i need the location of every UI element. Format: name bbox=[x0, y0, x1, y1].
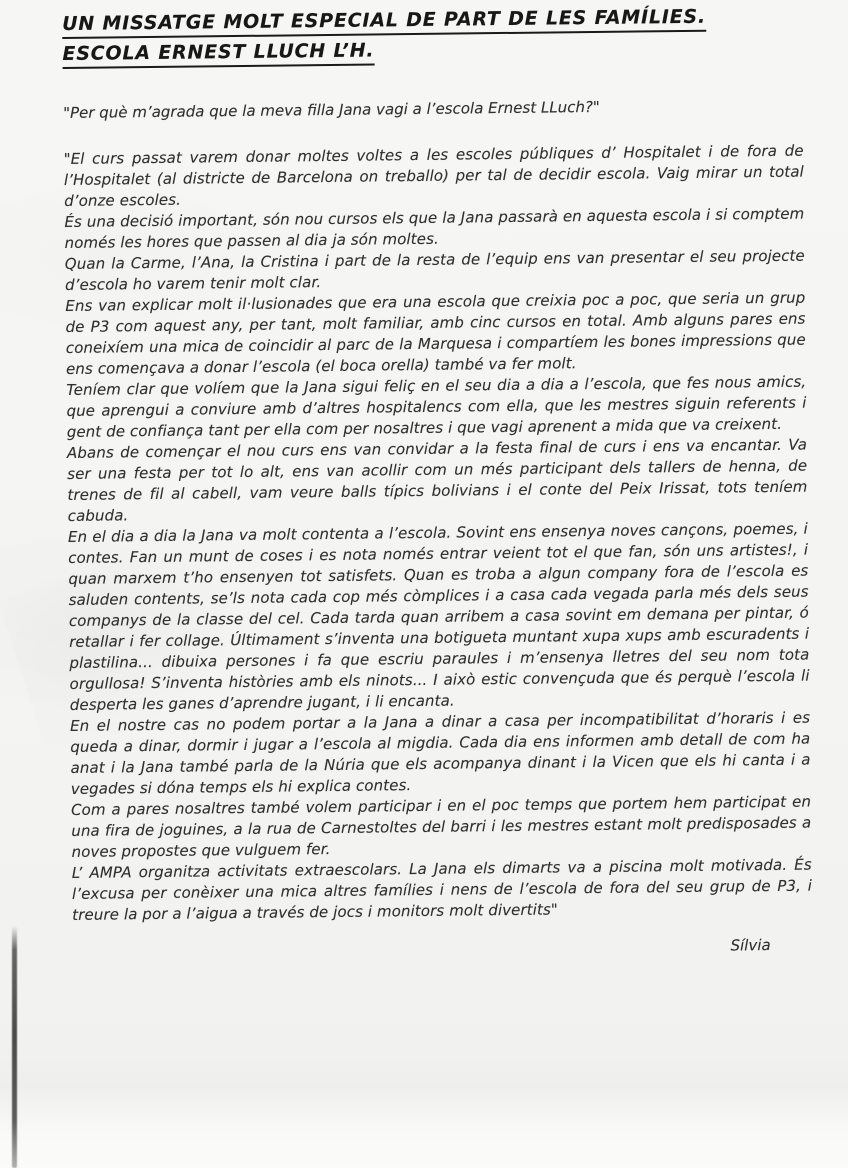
body-paragraph: Abans de començar el nou curs ens van co… bbox=[67, 435, 808, 527]
body-paragraph: Ens van explicar molt il·lusionades que … bbox=[65, 288, 806, 380]
scan-edge-line bbox=[12, 926, 17, 1168]
title-line-2: ESCOLA ERNEST LLUCH L’H. bbox=[62, 38, 374, 69]
body-paragraph: Teníem clar que volíem que la Jana sigui… bbox=[66, 372, 807, 443]
body-paragraph: En el dia a dia la Jana va molt contenta… bbox=[68, 519, 810, 716]
letter-content: UN MISSATGE MOLT ESPECIAL DE PART DE LES… bbox=[62, 4, 813, 962]
letter-body: "El curs passat varem donar moltes volte… bbox=[64, 141, 813, 926]
signature: Sílvia bbox=[73, 936, 813, 962]
scanned-letter-page: UN MISSATGE MOLT ESPECIAL DE PART DE LES… bbox=[0, 0, 848, 1168]
question-line: "Per què m’agrada que la meva filla Jana… bbox=[63, 95, 803, 124]
body-paragraph: "El curs passat varem donar moltes volte… bbox=[64, 141, 805, 212]
body-paragraph: En el nostre cas no podem portar a la Ja… bbox=[70, 708, 811, 800]
letter-title: UN MISSATGE MOLT ESPECIAL DE PART DE LES… bbox=[62, 4, 803, 72]
body-paragraph: Com a pares nosaltres també volem partic… bbox=[71, 792, 812, 863]
body-paragraph: L’ AMPA organitza activitats extraescola… bbox=[72, 855, 813, 926]
title-line-1: UN MISSATGE MOLT ESPECIAL DE PART DE LES… bbox=[62, 5, 706, 39]
